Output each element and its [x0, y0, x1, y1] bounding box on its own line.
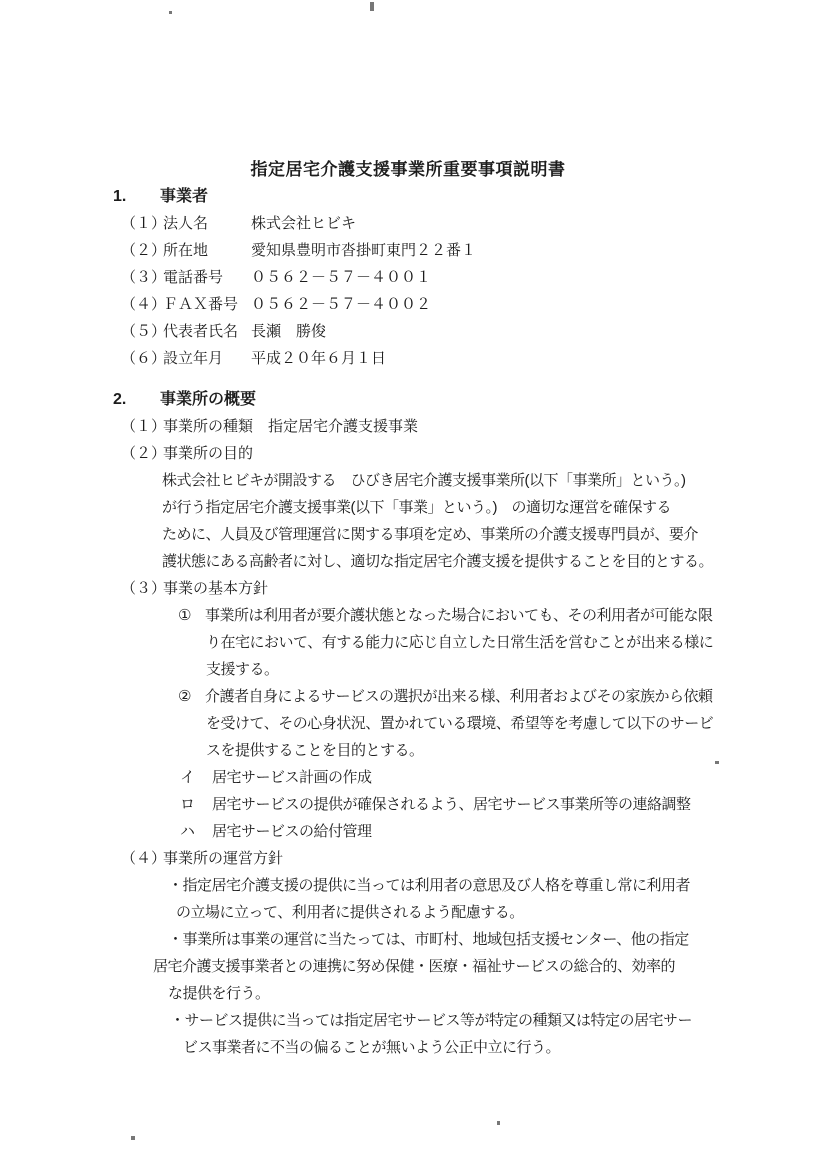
circled-number-1: ① [178, 602, 205, 629]
item-number: （３） [121, 575, 163, 602]
operation-bullet-2: ・事業所は事業の運営に当たっては、市町村、地域包括支援センター、他の指定 [0, 926, 816, 953]
iroha-marker-ha: ハ [180, 818, 212, 845]
item-basic-policy: （３）事業の基本方針 [0, 575, 816, 602]
row-label: 所在地 [163, 237, 251, 264]
policy-point-1: ①事業所は利用者が要介護状態となった場合においても、その利用者が可能な限 [0, 602, 816, 629]
info-row-phone: （３）電話番号０５６２－５７－４００１ [0, 264, 816, 291]
operation-bullet-1-continuation: の立場に立って、利用者に提供されるよう配慮する。 [0, 899, 816, 926]
sub-item-ha: ハ居宅サービスの給付管理 [0, 818, 816, 845]
item-number: （２） [121, 440, 163, 467]
purpose-paragraph-line: 株式会社ヒビキが開設する ひびき居宅介護支援事業所(以下「事業所」という。) [0, 467, 816, 494]
item-text: 事業の基本方針 [163, 580, 268, 597]
sub-item-text: 居宅サービスの提供が確保されるよう、居宅サービス事業所等の連絡調整 [212, 796, 691, 813]
purpose-paragraph-line: ために、人員及び管理運営に関する事項を定め、事業所の介護支援専門員が、要介 [0, 521, 816, 548]
iroha-marker-ro: ロ [180, 791, 212, 818]
row-number: （１） [121, 210, 163, 237]
purpose-paragraph-line: が行う指定居宅介護支援事業(以下「事業」という。) の適切な運営を確保する [0, 494, 816, 521]
sub-item-ro: ロ居宅サービスの提供が確保されるよう、居宅サービス事業所等の連絡調整 [0, 791, 816, 818]
sub-item-i: イ居宅サービス計画の作成 [0, 764, 816, 791]
section-1-heading: 1.事業者 [0, 183, 816, 210]
section-1-heading-text: 事業者 [160, 188, 208, 205]
item-office-purpose: （２）事業所の目的 [0, 440, 816, 467]
policy-point-2-continuation: を受けて、その心身状況、置かれている環境、希望等を考慮して以下のサービ [0, 710, 816, 737]
document-title: 指定居宅介護支援事業所重要事項説明書 [0, 156, 816, 183]
policy-point-2: ②介護者自身によるサービスの選択が出来る様、利用者およびその家族から依頼 [0, 683, 816, 710]
item-text: 事業所の目的 [163, 445, 253, 462]
section-2-heading-text: 事業所の概要 [160, 391, 256, 408]
item-number: （１） [121, 413, 163, 440]
policy-point-1-continuation: り在宅において、有する能力に応じ自立した日常生活を営むことが出来る様に [0, 629, 816, 656]
iroha-marker-i: イ [180, 764, 212, 791]
item-number: （４） [121, 845, 163, 872]
row-value: 平成２０年６月１日 [251, 350, 386, 367]
document-page: 指定居宅介護支援事業所重要事項説明書 1.事業者 （１）法人名株式会社ヒビキ （… [0, 0, 816, 1164]
section-2-heading: 2.事業所の概要 [0, 386, 816, 413]
row-label: 法人名 [163, 210, 251, 237]
row-number: （２） [121, 237, 163, 264]
row-label: 設立年月 [163, 345, 251, 372]
operation-bullet-2-continuation: な提供を行う。 [0, 980, 816, 1007]
info-row-address: （２）所在地愛知県豊明市沓掛町東門２２番１ [0, 237, 816, 264]
policy-point-text: 事業所は利用者が要介護状態となった場合においても、その利用者が可能な限 [205, 607, 713, 624]
scan-speck [497, 1121, 500, 1125]
section-2-number: 2. [113, 386, 160, 413]
scan-speck [169, 11, 172, 14]
row-number: （５） [121, 318, 163, 345]
row-number: （６） [121, 345, 163, 372]
item-operation-policy: （４）事業所の運営方針 [0, 845, 816, 872]
sub-item-text: 居宅サービスの給付管理 [212, 823, 372, 840]
policy-point-text: 介護者自身によるサービスの選択が出来る様、利用者およびその家族から依頼 [205, 688, 713, 705]
operation-bullet-2-continuation: 居宅介護支援事業者との連携に努め保健・医療・福祉サービスの総合的、効率的 [0, 953, 816, 980]
info-row-established: （６）設立年月平成２０年６月１日 [0, 345, 816, 372]
row-label: 電話番号 [163, 264, 251, 291]
row-number: （４） [121, 291, 163, 318]
info-row-corporate-name: （１）法人名株式会社ヒビキ [0, 210, 816, 237]
operation-bullet-3-continuation: ビス事業者に不当の偏ることが無いよう公正中立に行う。 [0, 1034, 816, 1061]
item-office-type: （１）事業所の種類 指定居宅介護支援事業 [0, 413, 816, 440]
row-value: ０５６２－５７－４００１ [251, 269, 431, 286]
row-value: ０５６２－５７－４００２ [251, 296, 431, 313]
operation-bullet-3: ・サービス提供に当っては指定居宅サービス等が特定の種類又は特定の居宅サー [0, 1007, 816, 1034]
row-label: 代表者氏名 [163, 318, 251, 345]
document-content: 指定居宅介護支援事業所重要事項説明書 1.事業者 （１）法人名株式会社ヒビキ （… [0, 0, 816, 1061]
section-1-number: 1. [113, 183, 160, 210]
item-text: 事業所の種類 指定居宅介護支援事業 [163, 418, 418, 435]
item-text: 事業所の運営方針 [163, 850, 283, 867]
circled-number-2: ② [178, 683, 205, 710]
row-label: ＦＡＸ番号 [163, 291, 251, 318]
operation-bullet-1: ・指定居宅介護支援の提供に当っては利用者の意思及び人格を尊重し常に利用者 [0, 872, 816, 899]
scan-speck [715, 761, 719, 764]
row-value: 長瀬 勝俊 [251, 323, 326, 340]
sub-item-text: 居宅サービス計画の作成 [212, 769, 372, 786]
row-number: （３） [121, 264, 163, 291]
row-value: 株式会社ヒビキ [251, 215, 356, 232]
info-row-representative: （５）代表者氏名長瀬 勝俊 [0, 318, 816, 345]
info-row-fax: （４）ＦＡＸ番号０５６２－５７－４００２ [0, 291, 816, 318]
policy-point-1-continuation: 支援する。 [0, 656, 816, 683]
policy-point-2-continuation: スを提供することを目的とする。 [0, 737, 816, 764]
purpose-paragraph-line: 護状態にある高齢者に対し、適切な指定居宅介護支援を提供することを目的とする。 [0, 548, 816, 575]
scan-speck [370, 2, 374, 11]
row-value: 愛知県豊明市沓掛町東門２２番１ [251, 242, 476, 259]
scan-speck [131, 1136, 135, 1140]
